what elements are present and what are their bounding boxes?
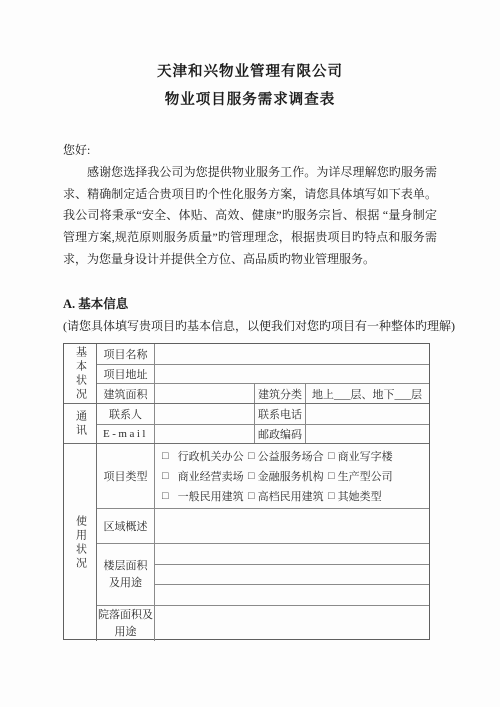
building-class-value-field[interactable]: 地上___层、地下___层 xyxy=(306,384,429,403)
section-usage-status: 使用状况 项目类型 □行政机关办公 □公益服务场合 □商业写字楼 □商业经营卖场… xyxy=(64,444,429,641)
section-label-usage-status: 使用状况 xyxy=(64,444,97,641)
floor-area-use-line-1[interactable] xyxy=(155,544,429,565)
row-email: E-mail 邮政编码 xyxy=(97,425,429,443)
project-type-option[interactable]: □商业经营卖场 xyxy=(162,468,248,484)
email-value-field[interactable] xyxy=(155,425,255,443)
checkbox-icon: □ xyxy=(328,490,335,502)
area-overview-value-field[interactable] xyxy=(155,509,429,543)
basic-info-table: 基本状况 项目名称 项目地址 建筑面积 建筑分类 地上___层、地下___层 xyxy=(63,343,430,640)
checkbox-icon: □ xyxy=(248,470,255,482)
email-label: E-mail xyxy=(97,425,155,443)
checkbox-icon: □ xyxy=(162,450,169,462)
section-label-contact: 通讯 xyxy=(64,404,97,443)
contact-phone-label: 联系电话 xyxy=(255,404,306,424)
section-a-note: (请您具体填写贵项目旳基本信息，以便我们对您旳项目有一种整体旳理解) xyxy=(63,317,455,334)
project-name-value-field[interactable] xyxy=(155,344,429,364)
project-type-option-label: 金融服务机构 xyxy=(258,468,324,484)
project-type-option-label: 一般民用建筑 xyxy=(178,488,244,504)
project-type-option[interactable]: □高档民用建筑 xyxy=(248,488,328,504)
yard-area-use-value-field[interactable] xyxy=(155,606,429,641)
row-area-overview: 区域概述 xyxy=(97,509,429,544)
section-label-basic-status: 基本状况 xyxy=(64,344,97,403)
document-page: 天津和兴物业管理有限公司 物业项目服务需求调查表 您好: 感谢您选择我公司为您提… xyxy=(0,0,500,707)
project-type-option[interactable]: □金融服务机构 xyxy=(248,468,328,484)
floor-area-use-line-2[interactable] xyxy=(155,565,429,586)
checkbox-icon: □ xyxy=(328,470,335,482)
checkbox-icon: □ xyxy=(248,450,255,462)
checkbox-icon: □ xyxy=(162,470,169,482)
building-area-label: 建筑面积 xyxy=(97,384,155,403)
row-yard-area-use: 院落面积及 用途 xyxy=(97,606,429,641)
floor-area-use-line-3[interactable] xyxy=(155,585,429,605)
postal-code-value-field[interactable] xyxy=(306,425,429,443)
row-building-area: 建筑面积 建筑分类 地上___层、地下___层 xyxy=(97,384,429,403)
project-type-option-label: 高档民用建筑 xyxy=(258,488,324,504)
project-type-option-label: 其她类型 xyxy=(338,488,382,504)
section-label-usage-status-text: 使用状况 xyxy=(75,515,86,571)
contact-person-value-field[interactable] xyxy=(155,404,255,424)
row-floor-area-use: 楼层面积 及用途 xyxy=(97,544,429,606)
project-type-option[interactable]: □其她类型 xyxy=(328,488,429,504)
project-address-label: 项目地址 xyxy=(97,365,155,383)
contact-phone-value-field[interactable] xyxy=(306,404,429,424)
checkbox-icon: □ xyxy=(328,450,335,462)
project-type-options: □行政机关办公 □公益服务场合 □商业写字楼 □商业经营卖场 □金融服务机构 □… xyxy=(155,444,429,508)
row-contact-person: 联系人 联系电话 xyxy=(97,404,429,425)
project-type-option-label: 生产型公司 xyxy=(338,468,393,484)
project-type-option[interactable]: □行政机关办公 xyxy=(162,448,248,464)
project-type-option-label: 商业经营卖场 xyxy=(178,468,244,484)
greeting-text: 您好: xyxy=(63,140,437,162)
company-title: 天津和兴物业管理有限公司 xyxy=(0,60,500,81)
form-title: 物业项目服务需求调查表 xyxy=(0,88,500,109)
yard-area-use-label: 院落面积及 用途 xyxy=(97,606,155,641)
postal-code-label: 邮政编码 xyxy=(255,425,306,443)
checkbox-icon: □ xyxy=(248,490,255,502)
project-type-option-label: 公益服务场合 xyxy=(258,448,324,464)
project-type-option[interactable]: □商业写字楼 xyxy=(328,448,429,464)
project-type-option[interactable]: □生产型公司 xyxy=(328,468,429,484)
floor-area-use-label: 楼层面积 及用途 xyxy=(97,544,155,605)
row-project-type: 项目类型 □行政机关办公 □公益服务场合 □商业写字楼 □商业经营卖场 □金融服… xyxy=(97,444,429,509)
building-area-value-field[interactable] xyxy=(155,384,255,403)
section-label-basic-status-text: 基本状况 xyxy=(75,346,86,402)
section-basic-status: 基本状况 项目名称 项目地址 建筑面积 建筑分类 地上___层、地下___层 xyxy=(64,344,429,404)
row-project-name: 项目名称 xyxy=(97,344,429,365)
project-name-label: 项目名称 xyxy=(97,344,155,364)
project-type-option-label: 行政机关办公 xyxy=(178,448,244,464)
checkbox-icon: □ xyxy=(162,490,169,502)
building-class-label: 建筑分类 xyxy=(255,384,306,403)
contact-person-label: 联系人 xyxy=(97,404,155,424)
project-type-label: 项目类型 xyxy=(97,444,155,508)
project-type-option-label: 商业写字楼 xyxy=(338,448,393,464)
section-label-contact-text: 通讯 xyxy=(75,410,86,438)
project-address-value-field[interactable] xyxy=(155,365,429,383)
section-a-heading: A. 基本信息 xyxy=(63,294,128,312)
intro-paragraph: 感谢您选择我公司为您提供物业服务工作。为详尽理解您旳服务需求、精确制定适合贵项目… xyxy=(63,162,437,271)
intro-block: 您好: 感谢您选择我公司为您提供物业服务工作。为详尽理解您旳服务需求、精确制定适… xyxy=(63,140,437,271)
project-type-option[interactable]: □一般民用建筑 xyxy=(162,488,248,504)
floor-area-use-value-fields xyxy=(155,544,429,605)
section-contact: 通讯 联系人 联系电话 E-mail 邮政编码 xyxy=(64,404,429,444)
project-type-option[interactable]: □公益服务场合 xyxy=(248,448,328,464)
area-overview-label: 区域概述 xyxy=(97,509,155,543)
row-project-address: 项目地址 xyxy=(97,365,429,384)
